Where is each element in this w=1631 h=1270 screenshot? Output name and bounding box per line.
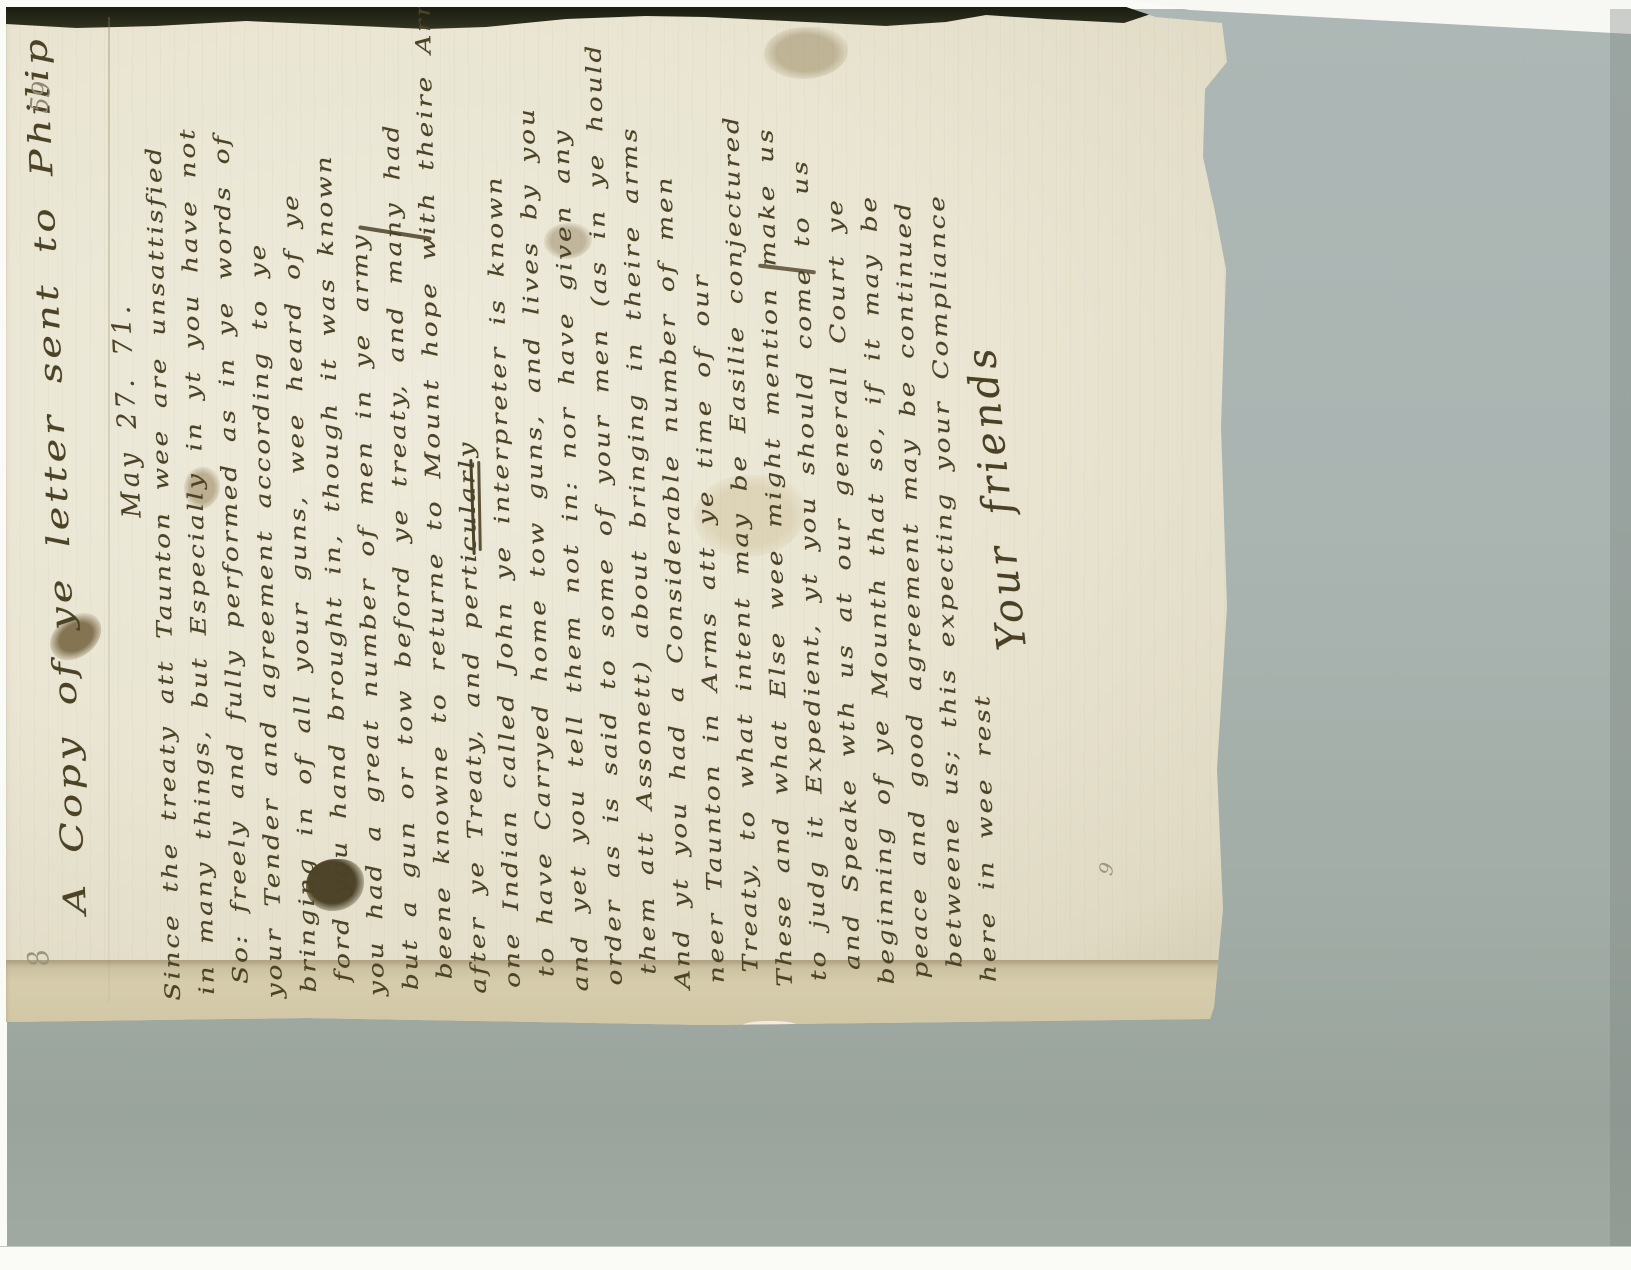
manuscript-rotated-content: A Copy of ye letter sent to Philip May 2… <box>6 7 1228 1023</box>
letter-body: Since the treaty att Taunton wee are uns… <box>132 0 1005 1001</box>
paper-edge-chip <box>742 1021 798 1032</box>
scanner-edge-left <box>0 0 7 1246</box>
pencil-mark: 9 <box>1095 860 1119 877</box>
page-number-pencil-bottom: 8 <box>20 945 56 970</box>
paper-sheet: A Copy of ye letter sent to Philip May 2… <box>6 7 1230 1027</box>
scanner-edge-bottom <box>0 1246 1631 1270</box>
scanner-bed-shade <box>1610 9 1631 1246</box>
letter-heading-line1: A Copy of ye letter sent to Philip <box>18 35 94 915</box>
page-number-pencil-top: 59 <box>24 80 56 115</box>
scanned-manuscript-page: { "page": { "background_color": "#aab4b1… <box>0 0 1631 1270</box>
